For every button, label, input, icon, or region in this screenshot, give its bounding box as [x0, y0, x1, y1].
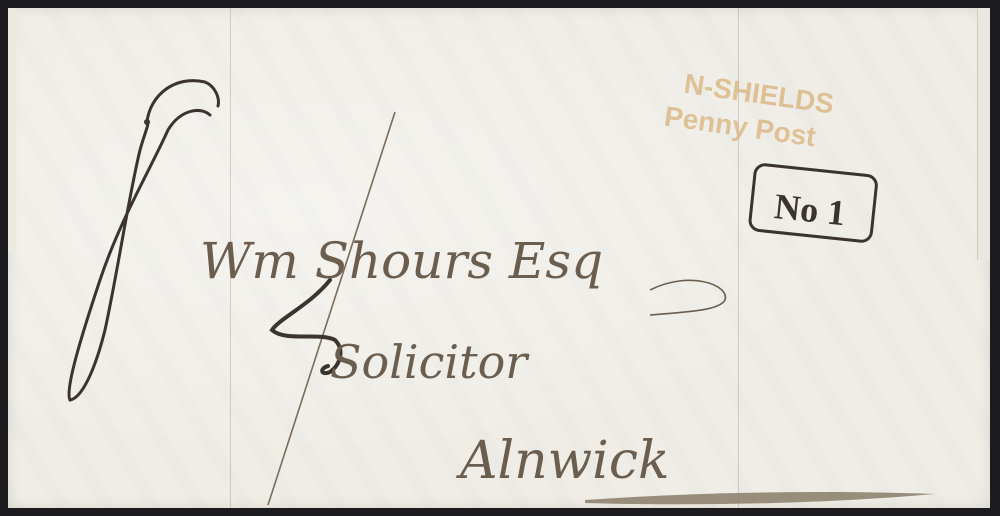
boxed-no1-mark: No 1	[749, 164, 877, 242]
address-line1: Wm Shours Esq	[200, 232, 603, 290]
address-line2: Solicitor	[330, 335, 530, 389]
rate-mark-8	[69, 81, 218, 400]
address-line3: Alnwick	[456, 431, 669, 491]
penny-post-postmark: N-SHIELDS Penny Post	[662, 66, 835, 154]
address-flourish	[650, 280, 725, 315]
oblique-stroke	[268, 112, 395, 505]
ink-layer: N-SHIELDS Penny Post No 1 Wm Shours Esq …	[0, 0, 1000, 516]
letter-photo: N-SHIELDS Penny Post No 1 Wm Shours Esq …	[0, 0, 1000, 516]
address-underline	[585, 492, 935, 504]
boxed-mark-text: No 1	[773, 186, 848, 233]
